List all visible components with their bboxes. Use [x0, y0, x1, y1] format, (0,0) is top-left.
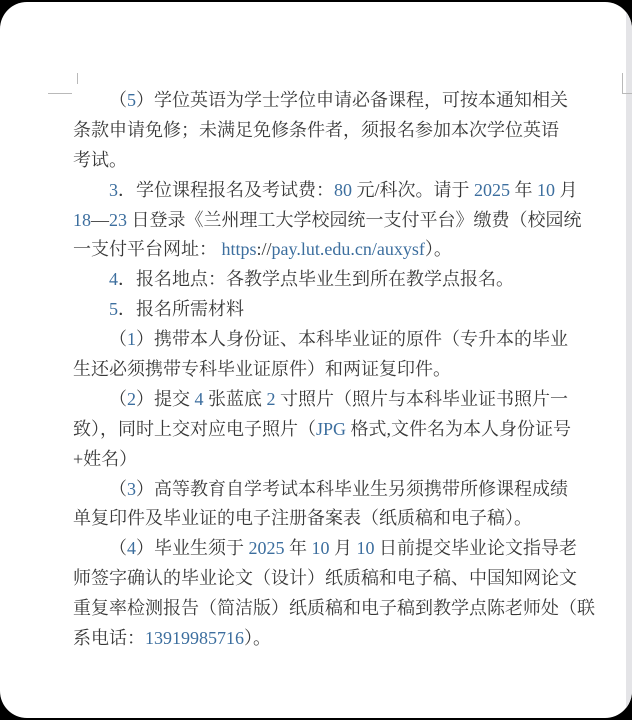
text-line: （5）学位英语为学士学位申请必备课程，可按本通知相关 [73, 86, 621, 116]
latin-text-run: 2025 [474, 180, 510, 200]
latin-text-run: 10 [537, 180, 555, 200]
text-line: （1）携带本人身份证、本科毕业证的原件（专升本的毕业 [73, 325, 621, 355]
text-line: 师签字确认的毕业论文（设计）纸质稿和电子稿、中国知网论文 [73, 564, 621, 594]
text-line: 5．报名所需材料 [73, 295, 621, 325]
text-line: （2）提交 4 张蓝底 2 寸照片（照片与本科毕业证书照片一 [73, 385, 621, 415]
latin-text-run: 4 [195, 389, 204, 409]
text-line: 单复印件及毕业证的电子注册备案表（纸质稿和电子稿）。 [73, 504, 621, 534]
text-line: 系电话：13919985716）。 [73, 624, 621, 654]
latin-text-run: 4 [127, 538, 136, 558]
latin-text-run: 5 [127, 90, 136, 110]
latin-text-run: 3 [127, 479, 136, 499]
text-line: 重复率检测报告（简洁版）纸质稿和电子稿到教学点陈老师处（联 [73, 594, 621, 624]
text-line: （4）毕业生须于 2025 年 10 月 10 日前提交毕业论文指导老 [73, 534, 621, 564]
text-line: 生还必须携带专科毕业证原件）和两证复印件。 [73, 355, 621, 385]
latin-text-run: 13919985716 [145, 628, 244, 648]
latin-text-run: 2025 [249, 538, 285, 558]
text-line: 3．学位课程报名及考试费：80 元/科次。请于 2025 年 10 月 [73, 176, 621, 206]
document-text: （5）学位英语为学士学位申请必备课程，可按本通知相关条款申请免修；未满足免修条件… [73, 86, 621, 654]
text-line: 一支付平台网址： https://pay.lut.edu.cn/auxysf）。 [73, 235, 621, 265]
margin-crop-mark-right-horizontal [622, 93, 632, 94]
text-line: 考试。 [73, 146, 621, 176]
text-line: 18—23 日登录《兰州理工大学校园统一支付平台》缴费（校园统 [73, 206, 621, 236]
text-line: 致），同时上交对应电子照片（JPG 格式,文件名为本人身份证号 [73, 415, 621, 445]
latin-text-run: 1 [127, 329, 136, 349]
latin-text-run: 10 [312, 538, 330, 558]
viewport-edge-strip [626, 2, 632, 718]
latin-text-run: https [222, 239, 257, 259]
text-line: +姓名） [73, 445, 621, 475]
latin-text-run: 5 [109, 299, 118, 319]
document-viewer: （5）学位英语为学士学位申请必备课程，可按本通知相关条款申请免修；未满足免修条件… [0, 0, 632, 720]
document-page: （5）学位英语为学士学位申请必备课程，可按本通知相关条款申请免修；未满足免修条件… [0, 2, 632, 718]
margin-crop-mark-left-horizontal [48, 93, 72, 94]
latin-text-run: JPG [316, 419, 346, 439]
latin-text-run: 23 [109, 210, 127, 230]
margin-crop-mark-right-vertical [622, 73, 623, 94]
latin-text-run: 4 [109, 269, 118, 289]
text-line: （3）高等教育自学考试本科毕业生另须携带所修课程成绩 [73, 475, 621, 505]
text-line: 4．报名地点：各教学点毕业生到所在教学点报名。 [73, 265, 621, 295]
latin-text-run: 18 [73, 210, 91, 230]
latin-text-run: 80 [334, 180, 352, 200]
text-line: 条款申请免修；未满足免修条件者，须报名参加本次学位英语 [73, 116, 621, 146]
latin-text-run: pay.lut.edu.cn/auxysf [272, 239, 425, 259]
latin-text-run: 3 [109, 180, 118, 200]
latin-text-run: 2 [267, 389, 276, 409]
margin-crop-mark-left-vertical [77, 73, 78, 84]
latin-text-run: 10 [357, 538, 375, 558]
latin-text-run: 2 [127, 389, 136, 409]
